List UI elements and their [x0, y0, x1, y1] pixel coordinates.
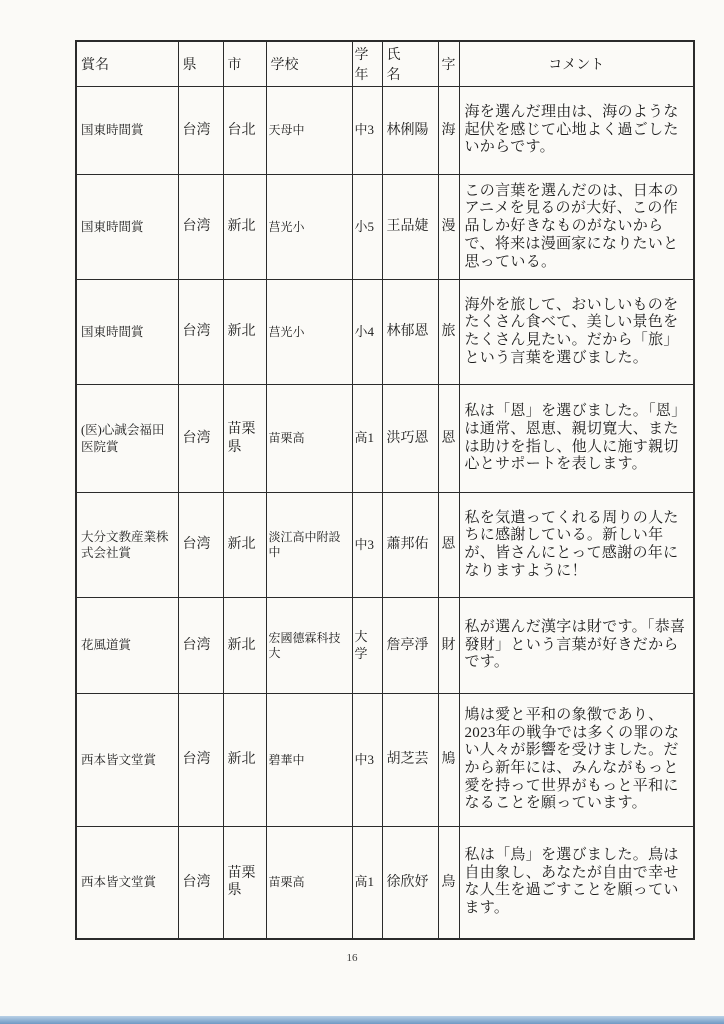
city-cell: 新北: [223, 175, 266, 280]
award-cell: 花風道賞: [76, 598, 178, 694]
award-cell: 国東時間賞: [76, 87, 178, 175]
kanji-cell: 恩: [438, 385, 459, 493]
table-body: 国東時間賞台湾台北天母中中3林俐陽海海を選んだ理由は、海のような起伏を感じて心地…: [76, 87, 694, 939]
kanji-cell: 海: [438, 87, 459, 175]
scanner-edge: [0, 1016, 724, 1024]
name-cell: 詹亭淨: [382, 598, 438, 694]
kanji-cell: 財: [438, 598, 459, 694]
comment-cell: 私は「恩」を選びました。「恩」は通常、恩恵、親切寛大、または助けを指し、他人に施…: [459, 385, 694, 493]
prefecture-cell: 台湾: [178, 827, 223, 939]
school-cell: 苗栗高: [266, 385, 352, 493]
column-header-school: 学校: [266, 41, 352, 87]
prefecture-cell: 台湾: [178, 87, 223, 175]
kanji-cell: 漫: [438, 175, 459, 280]
table-row: 国東時間賞台湾新北莒光小小4林郁恩旅海外を旅して、おいしいものをたくさん食べて、…: [76, 280, 694, 385]
school-cell: 苗栗高: [266, 827, 352, 939]
kanji-cell: 鳩: [438, 694, 459, 827]
award-cell: 西本皆文堂賞: [76, 694, 178, 827]
page-number: 16: [0, 952, 714, 964]
comment-cell: 私は「鳥」を選びました。鳥は自由象し、あなたが自由で幸せな人生を過ごすことを願っ…: [459, 827, 694, 939]
table-header: 賞名 県 市 学校 学年 氏 名 字 コメント: [76, 41, 694, 87]
city-cell: 新北: [223, 493, 266, 598]
name-cell: 林郁恩: [382, 280, 438, 385]
column-header-grade: 学年: [352, 41, 382, 87]
header-row: 賞名 県 市 学校 学年 氏 名 字 コメント: [76, 41, 694, 87]
table-row: 国東時間賞台湾新北莒光小小5王品婕漫この言葉を選んだのは、日本のアニメを見るのが…: [76, 175, 694, 280]
city-cell: 苗栗県: [223, 385, 266, 493]
grade-cell: 小5: [352, 175, 382, 280]
city-cell: 新北: [223, 280, 266, 385]
column-header-kanji: 字: [438, 41, 459, 87]
grade-cell: 高1: [352, 385, 382, 493]
column-header-award: 賞名: [76, 41, 178, 87]
name-cell: 徐欣妤: [382, 827, 438, 939]
name-cell: 蕭邦佑: [382, 493, 438, 598]
school-cell: 天母中: [266, 87, 352, 175]
grade-cell: 中3: [352, 493, 382, 598]
name-cell: 林俐陽: [382, 87, 438, 175]
award-cell: (医)心誠会福田医院賞: [76, 385, 178, 493]
prefecture-cell: 台湾: [178, 493, 223, 598]
school-cell: 莒光小: [266, 175, 352, 280]
school-cell: 淡江高中附設中: [266, 493, 352, 598]
comment-cell: 私が選んだ漢字は財です。「恭喜發財」という言葉が好きだからです。: [459, 598, 694, 694]
grade-cell: 小4: [352, 280, 382, 385]
table-row: 国東時間賞台湾台北天母中中3林俐陽海海を選んだ理由は、海のような起伏を感じて心地…: [76, 87, 694, 175]
prefecture-cell: 台湾: [178, 385, 223, 493]
name-cell: 胡芝芸: [382, 694, 438, 827]
prefecture-cell: 台湾: [178, 280, 223, 385]
school-cell: 宏國德霖科技大: [266, 598, 352, 694]
table-row: 大分文教産業株式会社賞台湾新北淡江高中附設中中3蕭邦佑恩私を気遣ってくれる周りの…: [76, 493, 694, 598]
table-row: 西本皆文堂賞台湾苗栗県苗栗高高1徐欣妤鳥私は「鳥」を選びました。鳥は自由象し、あ…: [76, 827, 694, 939]
table-row: (医)心誠会福田医院賞台湾苗栗県苗栗高高1洪巧恩恩私は「恩」を選びました。「恩」…: [76, 385, 694, 493]
awards-table: 賞名 県 市 学校 学年 氏 名 字 コメント 国東時間賞台湾台北天母中中3林俐…: [75, 40, 695, 940]
city-cell: 台北: [223, 87, 266, 175]
award-cell: 西本皆文堂賞: [76, 827, 178, 939]
school-cell: 碧華中: [266, 694, 352, 827]
prefecture-cell: 台湾: [178, 694, 223, 827]
school-cell: 莒光小: [266, 280, 352, 385]
comment-cell: 海を選んだ理由は、海のような起伏を感じて心地よく過ごしたいからです。: [459, 87, 694, 175]
award-cell: 国東時間賞: [76, 280, 178, 385]
table-row: 西本皆文堂賞台湾新北碧華中中3胡芝芸鳩鳩は愛と平和の象徴であり、2023年の戦争…: [76, 694, 694, 827]
comment-cell: この言葉を選んだのは、日本のアニメを見るのが大好、この作品しか好きなものがないか…: [459, 175, 694, 280]
column-header-comment: コメント: [459, 41, 694, 87]
city-cell: 苗栗県: [223, 827, 266, 939]
column-header-city: 市: [223, 41, 266, 87]
document-page: 賞名 県 市 学校 学年 氏 名 字 コメント 国東時間賞台湾台北天母中中3林俐…: [0, 0, 724, 1024]
city-cell: 新北: [223, 694, 266, 827]
grade-cell: 高1: [352, 827, 382, 939]
prefecture-cell: 台湾: [178, 598, 223, 694]
grade-cell: 中3: [352, 87, 382, 175]
name-cell: 王品婕: [382, 175, 438, 280]
prefecture-cell: 台湾: [178, 175, 223, 280]
name-cell: 洪巧恩: [382, 385, 438, 493]
comment-cell: 鳩は愛と平和の象徴であり、2023年の戦争では多くの罪のない人々が影響を受けまし…: [459, 694, 694, 827]
column-header-prefecture: 県: [178, 41, 223, 87]
kanji-cell: 鳥: [438, 827, 459, 939]
award-cell: 大分文教産業株式会社賞: [76, 493, 178, 598]
kanji-cell: 恩: [438, 493, 459, 598]
grade-cell: 大学: [352, 598, 382, 694]
award-cell: 国東時間賞: [76, 175, 178, 280]
column-header-name: 氏 名: [382, 41, 438, 87]
grade-cell: 中3: [352, 694, 382, 827]
comment-cell: 海外を旅して、おいしいものをたくさん食べて、美しい景色をたくさん見たい。だから「…: [459, 280, 694, 385]
city-cell: 新北: [223, 598, 266, 694]
comment-cell: 私を気遣ってくれる周りの人たちに感謝している。新しい年が、皆さんにとって感謝の年…: [459, 493, 694, 598]
table-row: 花風道賞台湾新北宏國德霖科技大大学詹亭淨財私が選んだ漢字は財です。「恭喜發財」と…: [76, 598, 694, 694]
kanji-cell: 旅: [438, 280, 459, 385]
